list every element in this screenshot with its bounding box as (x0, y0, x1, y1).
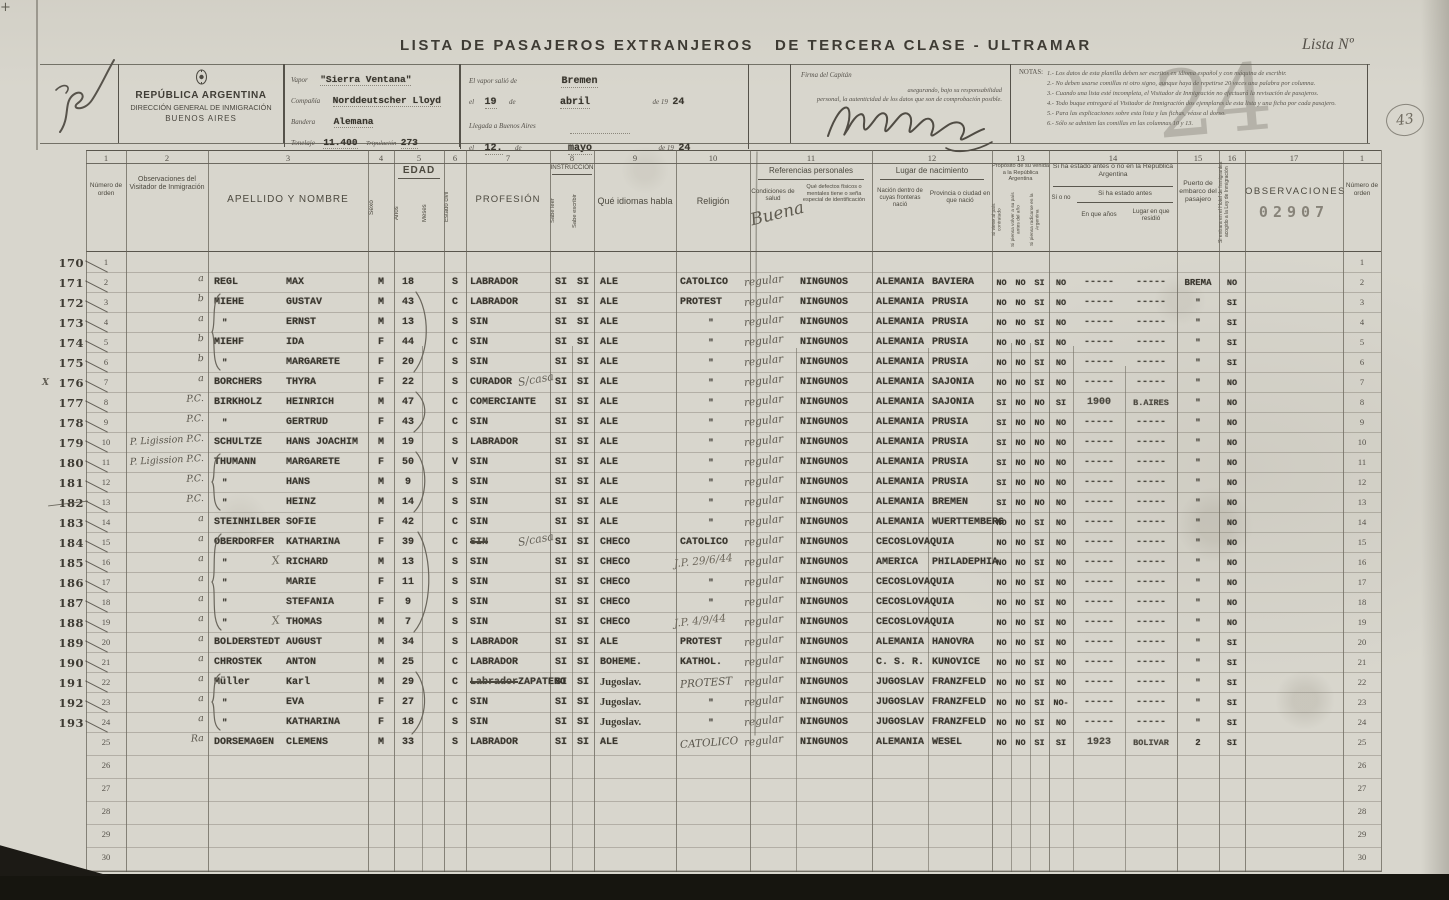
language: ALE (600, 516, 618, 532)
birth-province: BAVIERA (932, 276, 974, 292)
birth-nation: ALEMANIA (876, 476, 924, 492)
purpose-1: SI (992, 396, 1011, 412)
grid-vline (872, 150, 873, 872)
purpose-2: NO (1011, 636, 1030, 652)
surname: STEINHILBER (214, 516, 280, 532)
purpose-1: NO (992, 716, 1011, 732)
civil-status: S (444, 596, 466, 612)
margin-stamp-number: 170 (52, 256, 84, 270)
civil-status: S (444, 616, 466, 632)
salio-port: Bremen (561, 76, 597, 88)
health-condition: regular (743, 432, 784, 452)
row-line (86, 652, 1381, 653)
defects: NINGUNOS (800, 436, 848, 452)
been-before-place: ----- (1125, 696, 1177, 712)
profession: LABRADOR (470, 276, 518, 292)
birth-province: PRUSIA (932, 456, 968, 472)
been-before-yn: NO (1049, 716, 1073, 732)
language: ALE (600, 296, 618, 312)
birth-nation: ALEMANIA (876, 356, 924, 372)
can-write: SI (572, 436, 594, 452)
given-name: CLEMENS (286, 736, 328, 752)
captain-box: Firma del Capitán asegurando, bajo su re… (790, 64, 1011, 143)
immigrant-hotel: SI (1219, 296, 1245, 312)
civil-status: C (444, 696, 466, 712)
age-years: 29 (394, 676, 422, 692)
order-number-right: 1 (1343, 257, 1381, 267)
margin-stamp-number: 175 (52, 356, 84, 370)
given-name: ANTON (286, 656, 316, 672)
been-before-years: ----- (1073, 656, 1125, 672)
col-header-estado-civil: Estado civil (444, 170, 466, 244)
surname-ditto: " (222, 356, 227, 372)
purpose-2: NO (1011, 576, 1030, 592)
religion-ditto: " (676, 316, 746, 332)
circled-number-value: 43 (1395, 111, 1415, 129)
corner-flourish-icon (60, 60, 114, 132)
defects: NINGUNOS (800, 396, 848, 412)
purpose-1: NO (992, 676, 1011, 692)
been-before-years: ----- (1073, 436, 1125, 452)
given-name: SOFIE (286, 516, 316, 532)
been-before-yn: NO (1049, 476, 1073, 492)
civil-status: S (444, 476, 466, 492)
given-name: Karl (286, 676, 310, 692)
circled-number: 43 (1384, 102, 1426, 139)
col-header-prop2: Si piensa volver a su país antes del año (1011, 192, 1030, 248)
margin-stamp-number: 193 (52, 716, 84, 730)
margin-stamp-number: 177 (52, 396, 84, 410)
birth-nation: ALEMANIA (876, 396, 924, 412)
language: Jugoslav. (600, 676, 641, 692)
civil-status: C (444, 676, 466, 692)
profession: COMERCIANTE (470, 396, 536, 412)
been-before-place: ----- (1125, 296, 1177, 312)
column-number: 16 (1219, 153, 1245, 163)
been-before-yn: NO (1049, 576, 1073, 592)
column-number: 13 (992, 153, 1049, 163)
health-condition: regular (743, 572, 784, 592)
purpose-3: SI (1030, 376, 1049, 392)
column-number: 1 (86, 153, 126, 163)
salio-year: 24 (672, 97, 684, 108)
voyage-box: El vapor salió de Bremen el 19 de abril … (460, 64, 749, 149)
language: ALE (600, 456, 618, 472)
been-before-yn: NO (1049, 496, 1073, 512)
age-years: 11 (394, 576, 422, 592)
immigrant-hotel: SI (1219, 676, 1245, 692)
col-header-lugar-nacimiento: Lugar de nacimiento (872, 166, 992, 175)
immigrant-hotel: NO (1219, 276, 1245, 292)
row-line (86, 712, 1381, 713)
margin-stamp-number: 189 (52, 636, 84, 650)
religion-ditto: " (676, 716, 746, 732)
sex: M (368, 556, 394, 572)
surname: OBERDORFER (214, 536, 274, 552)
col-header-instruccion: INSTRUCCIÓN (550, 164, 594, 171)
row-line (86, 755, 1381, 756)
purpose-1: SI (992, 456, 1011, 472)
purpose-2: NO (1011, 616, 1030, 632)
civil-status: S (444, 576, 466, 592)
order-number-right: 21 (1343, 657, 1381, 667)
defects: NINGUNOS (800, 576, 848, 592)
port-ditto: " (1177, 356, 1219, 372)
birth-province: PRUSIA (932, 316, 968, 332)
port-ditto: " (1177, 656, 1219, 672)
purpose-2: NO (1011, 736, 1030, 752)
purpose-1: NO (992, 576, 1011, 592)
port-ditto: " (1177, 676, 1219, 692)
immigrant-hotel: SI (1219, 336, 1245, 352)
defects: NINGUNOS (800, 636, 848, 652)
surname: MIEHE (214, 296, 244, 312)
been-before-years: ----- (1073, 516, 1125, 532)
table-bottom-line (86, 871, 1381, 872)
firma-label: Firma del Capitán (801, 72, 1010, 79)
religion: PROTEST (680, 674, 733, 694)
order-number-left: 29 (86, 829, 126, 839)
given-name: GUSTAV (286, 296, 322, 312)
immigrant-hotel: SI (1219, 656, 1245, 672)
language: ALE (600, 736, 618, 752)
purpose-3: NO (1030, 456, 1049, 472)
immigrant-hotel: NO (1219, 576, 1245, 592)
profession: SIN (470, 496, 488, 512)
language: ALE (600, 316, 618, 332)
defects: NINGUNOS (800, 376, 848, 392)
been-before-yn: NO (1049, 636, 1073, 652)
row-line (86, 847, 1381, 848)
religion: CATOLICO (680, 734, 739, 754)
row-line (86, 632, 1381, 633)
margin-stamp-number: 188 (52, 616, 84, 630)
margin-stamp-number: 173 (52, 316, 84, 330)
row-line (86, 292, 1381, 293)
birth-province: BREMEN (932, 496, 968, 512)
profession: SIN (470, 416, 488, 432)
birth-nation: ALEMANIA (876, 296, 924, 312)
birth-province: PRUSIA (932, 356, 968, 372)
purpose-2: NO (1011, 416, 1030, 432)
birth-nation: ALEMANIA (876, 376, 924, 392)
sex: F (368, 376, 394, 392)
religion: PROTEST (680, 296, 722, 312)
sex: F (368, 536, 394, 552)
health-condition: regular (743, 492, 784, 512)
table-header: Número de orden Observaciones del Visita… (86, 150, 1381, 252)
religion: CATOLICO (680, 536, 728, 552)
purpose-3: SI (1030, 296, 1049, 312)
civil-status: S (444, 556, 466, 572)
row-line (86, 778, 1381, 779)
language: ALE (600, 356, 618, 372)
can-write: SI (572, 296, 594, 312)
health-condition: regular (743, 292, 784, 312)
profession: SIN (470, 556, 488, 572)
purpose-2: NO (1011, 476, 1030, 492)
can-read: SI (550, 616, 572, 632)
surname-ditto: " (222, 576, 227, 592)
age-years: 43 (394, 416, 422, 432)
profession: LABRADOR (470, 736, 518, 752)
can-read: SI (550, 276, 572, 292)
can-write: SI (572, 596, 594, 612)
health-condition: regular (743, 452, 784, 472)
immigrant-hotel: SI (1219, 636, 1245, 652)
argentina-coat-of-arms-icon (119, 69, 283, 90)
col-header-prop3: Si piensa radicarse en la Argentina (1030, 192, 1049, 248)
religion-ditto: " (676, 376, 746, 392)
been-before-place: ----- (1125, 636, 1177, 652)
column-number: 1 (1343, 153, 1381, 163)
been-before-place: ----- (1125, 556, 1177, 572)
col-header-sexo: Sexo (368, 172, 394, 244)
order-number-right: 29 (1343, 829, 1381, 839)
margin-stamp-number: 184 (52, 536, 84, 550)
religion-ditto: " (676, 356, 746, 372)
language: Jugoslav. (600, 696, 641, 712)
defects: NINGUNOS (800, 616, 848, 632)
column-number: 11 (750, 153, 872, 163)
compania-value: Norddeutscher Lloyd (333, 95, 441, 107)
health-condition: regular (743, 632, 784, 652)
birth-province: PHILADEPHIA (932, 556, 998, 572)
purpose-2: NO (1011, 396, 1030, 412)
col-header-nacion: Nación dentro de cuyas fronteras nació (872, 188, 928, 209)
sex: F (368, 576, 394, 592)
health-condition: regular (743, 312, 784, 332)
surname: BORCHERS (214, 376, 262, 392)
row-line (86, 412, 1381, 413)
purpose-1: NO (992, 336, 1011, 352)
birth-nation: ALEMANIA (876, 336, 924, 352)
civil-status: S (444, 716, 466, 732)
el-label: el (469, 98, 474, 106)
grid-vline (594, 150, 595, 872)
given-name: KATHARINA (286, 536, 340, 552)
port-ditto: " (1177, 596, 1219, 612)
col-header-ha-estado-antes: Si ha estado antes (1073, 190, 1177, 198)
can-write: SI (572, 576, 594, 592)
birth-nation: CECOSLOVAQUIA (876, 616, 954, 632)
age-years: 14 (394, 496, 422, 512)
been-before-years: ----- (1073, 616, 1125, 632)
port-ditto: " (1177, 456, 1219, 472)
given-name: AUGUST (286, 636, 322, 652)
purpose-2: NO (1011, 656, 1030, 672)
civil-status: V (444, 456, 466, 472)
been-before-years: ----- (1073, 276, 1125, 292)
can-write: SI (572, 376, 594, 392)
order-number-right: 19 (1343, 617, 1381, 627)
purpose-2: NO (1011, 676, 1030, 692)
been-before-yn: NO (1049, 556, 1073, 572)
purpose-2: NO (1011, 436, 1030, 452)
language: ALE (600, 376, 618, 392)
purpose-1: NO (992, 296, 1011, 312)
birth-province: PRUSIA (932, 476, 968, 492)
language: ALE (600, 436, 618, 452)
birth-province: KUNOVICE (932, 656, 980, 672)
purpose-2: NO (1011, 496, 1030, 512)
margin-stamp-number: 191 (52, 676, 84, 690)
been-before-place: ----- (1125, 476, 1177, 492)
immigrant-hotel: NO (1219, 596, 1245, 612)
row-line (86, 732, 1381, 733)
purpose-1: SI (992, 416, 1011, 432)
been-before-years: ----- (1073, 476, 1125, 492)
purpose-2: NO (1011, 456, 1030, 472)
purpose-2: NO (1011, 356, 1030, 372)
purpose-3: SI (1030, 356, 1049, 372)
purpose-3: SI (1030, 576, 1049, 592)
grid-vline-sub (422, 346, 423, 872)
row-line (86, 272, 1381, 273)
profession: SIN (470, 596, 488, 612)
port-ditto: " (1177, 536, 1219, 552)
purpose-1: NO (992, 276, 1011, 292)
purpose-2: NO (1011, 556, 1030, 572)
birth-province: PRUSIA (932, 336, 968, 352)
col-header-observaciones-visitador: Observaciones del Visitador de Inmigraci… (126, 176, 208, 193)
immigrant-hotel: NO (1219, 556, 1245, 572)
row-line (86, 592, 1381, 593)
age-years: 19 (394, 436, 422, 452)
profession: LABRADOR (470, 656, 518, 672)
can-read: SI (550, 476, 572, 492)
given-name: HEINZ (286, 496, 316, 512)
been-before-yn: NO (1049, 356, 1073, 372)
birth-province: FRANZFELD (932, 676, 986, 692)
can-write: SI (572, 556, 594, 572)
column-number: 10 (676, 153, 750, 163)
purpose-2: NO (1011, 716, 1030, 732)
tonelaje-value: 11.400 (323, 137, 357, 149)
org-city: BUENOS AIRES (119, 114, 283, 123)
age-years: 9 (394, 476, 422, 492)
order-number-right: 7 (1343, 377, 1381, 387)
margin-stamp-number: 187 (52, 596, 84, 610)
health-condition: regular (743, 652, 784, 672)
purpose-3: SI (1030, 316, 1049, 332)
birth-province: PRUSIA (932, 296, 968, 312)
age-years: 7 (394, 616, 422, 632)
given-name: EVA (286, 696, 304, 712)
health-condition: regular (743, 692, 784, 712)
been-before-yn: NO (1049, 436, 1073, 452)
given-name: HANS (286, 476, 310, 492)
col-header-sabe-escribir: Sabe escribir (572, 179, 594, 243)
religion-ditto: " (676, 596, 746, 612)
sex: M (368, 436, 394, 452)
been-before-years: ----- (1073, 576, 1125, 592)
been-before-years: ----- (1073, 336, 1125, 352)
been-before-place: ----- (1125, 616, 1177, 632)
grid-vline (466, 150, 467, 872)
been-before-years: ----- (1073, 536, 1125, 552)
can-write: SI (572, 716, 594, 732)
col-header-proposito: Propósito de su venida a la República Ar… (992, 163, 1049, 183)
been-before-yn: NO (1049, 376, 1073, 392)
stamp-x-mark: X (42, 378, 49, 388)
col-header-meses: Meses (422, 183, 444, 243)
health-condition: regular (743, 612, 784, 632)
can-read: SI (550, 716, 572, 732)
birth-province: FRANZFELD (932, 696, 986, 712)
order-number-right: 20 (1343, 637, 1381, 647)
captain-line1: asegurando, bajo su responsabilidad (791, 87, 1002, 94)
can-read: SI (550, 696, 572, 712)
sex: F (368, 336, 394, 352)
margin-stamp-number: 180 (52, 456, 84, 470)
can-write: SI (572, 456, 594, 472)
profession-struck: SIN (470, 537, 488, 548)
defects: NINGUNOS (800, 596, 848, 612)
grid-vline (1245, 150, 1246, 872)
port-ditto: " (1177, 436, 1219, 452)
row-line (86, 672, 1381, 673)
page-edge-left-line (36, 0, 38, 150)
birth-nation: JUGOSLAV (876, 696, 924, 712)
surname: REGL (214, 276, 238, 292)
purpose-1: SI (992, 476, 1011, 492)
margin-stamp-number: 174 (52, 336, 84, 350)
purpose-3: SI (1030, 556, 1049, 572)
surname: THUMANN (214, 456, 256, 472)
been-before-yn: NO (1049, 656, 1073, 672)
immigrant-hotel: NO (1219, 536, 1245, 552)
order-number-right: 22 (1343, 677, 1381, 687)
order-number-right: 25 (1343, 737, 1381, 747)
profession: SIN (470, 356, 488, 372)
can-read: SI (550, 396, 572, 412)
purpose-1: NO (992, 536, 1011, 552)
order-number-left: 1 (86, 257, 126, 267)
purpose-1: NO (992, 596, 1011, 612)
age-years: 13 (394, 556, 422, 572)
org-box: REPÚBLICA ARGENTINA DIRECCIÓN GENERAL DE… (118, 64, 284, 143)
purpose-2: NO (1011, 316, 1030, 332)
civil-status: S (444, 436, 466, 452)
been-before-years: 1923 (1073, 736, 1125, 752)
can-write: SI (572, 636, 594, 652)
order-number-right: 8 (1343, 397, 1381, 407)
profession: SIN (470, 716, 488, 732)
col-header-numero-orden-right: Número de orden (1343, 182, 1381, 197)
col-header-idiomas: Qué idiomas habla (594, 196, 676, 207)
lista-no-label: Lista Nº (1302, 36, 1354, 54)
row-line (86, 572, 1381, 573)
been-before-years: ----- (1073, 676, 1125, 692)
sex: M (368, 616, 394, 632)
given-name: HEINRICH (286, 396, 334, 412)
been-before-place: ----- (1125, 376, 1177, 392)
birth-nation: ALEMANIA (876, 436, 924, 452)
profession: SIN (470, 576, 488, 592)
been-before-yn: NO (1049, 596, 1073, 612)
surname-ditto: " (222, 596, 227, 612)
immigrant-hotel: SI (1219, 356, 1245, 372)
handwritten-date-note: J.P. 4/9/44 (673, 611, 727, 632)
been-before-years: ----- (1073, 556, 1125, 572)
defects: NINGUNOS (800, 696, 848, 712)
been-before-place: ----- (1125, 356, 1177, 372)
health-condition: regular (743, 372, 784, 392)
profession: SIN (470, 616, 488, 632)
religion-ditto: " (676, 516, 746, 532)
can-read: SI (550, 316, 572, 332)
